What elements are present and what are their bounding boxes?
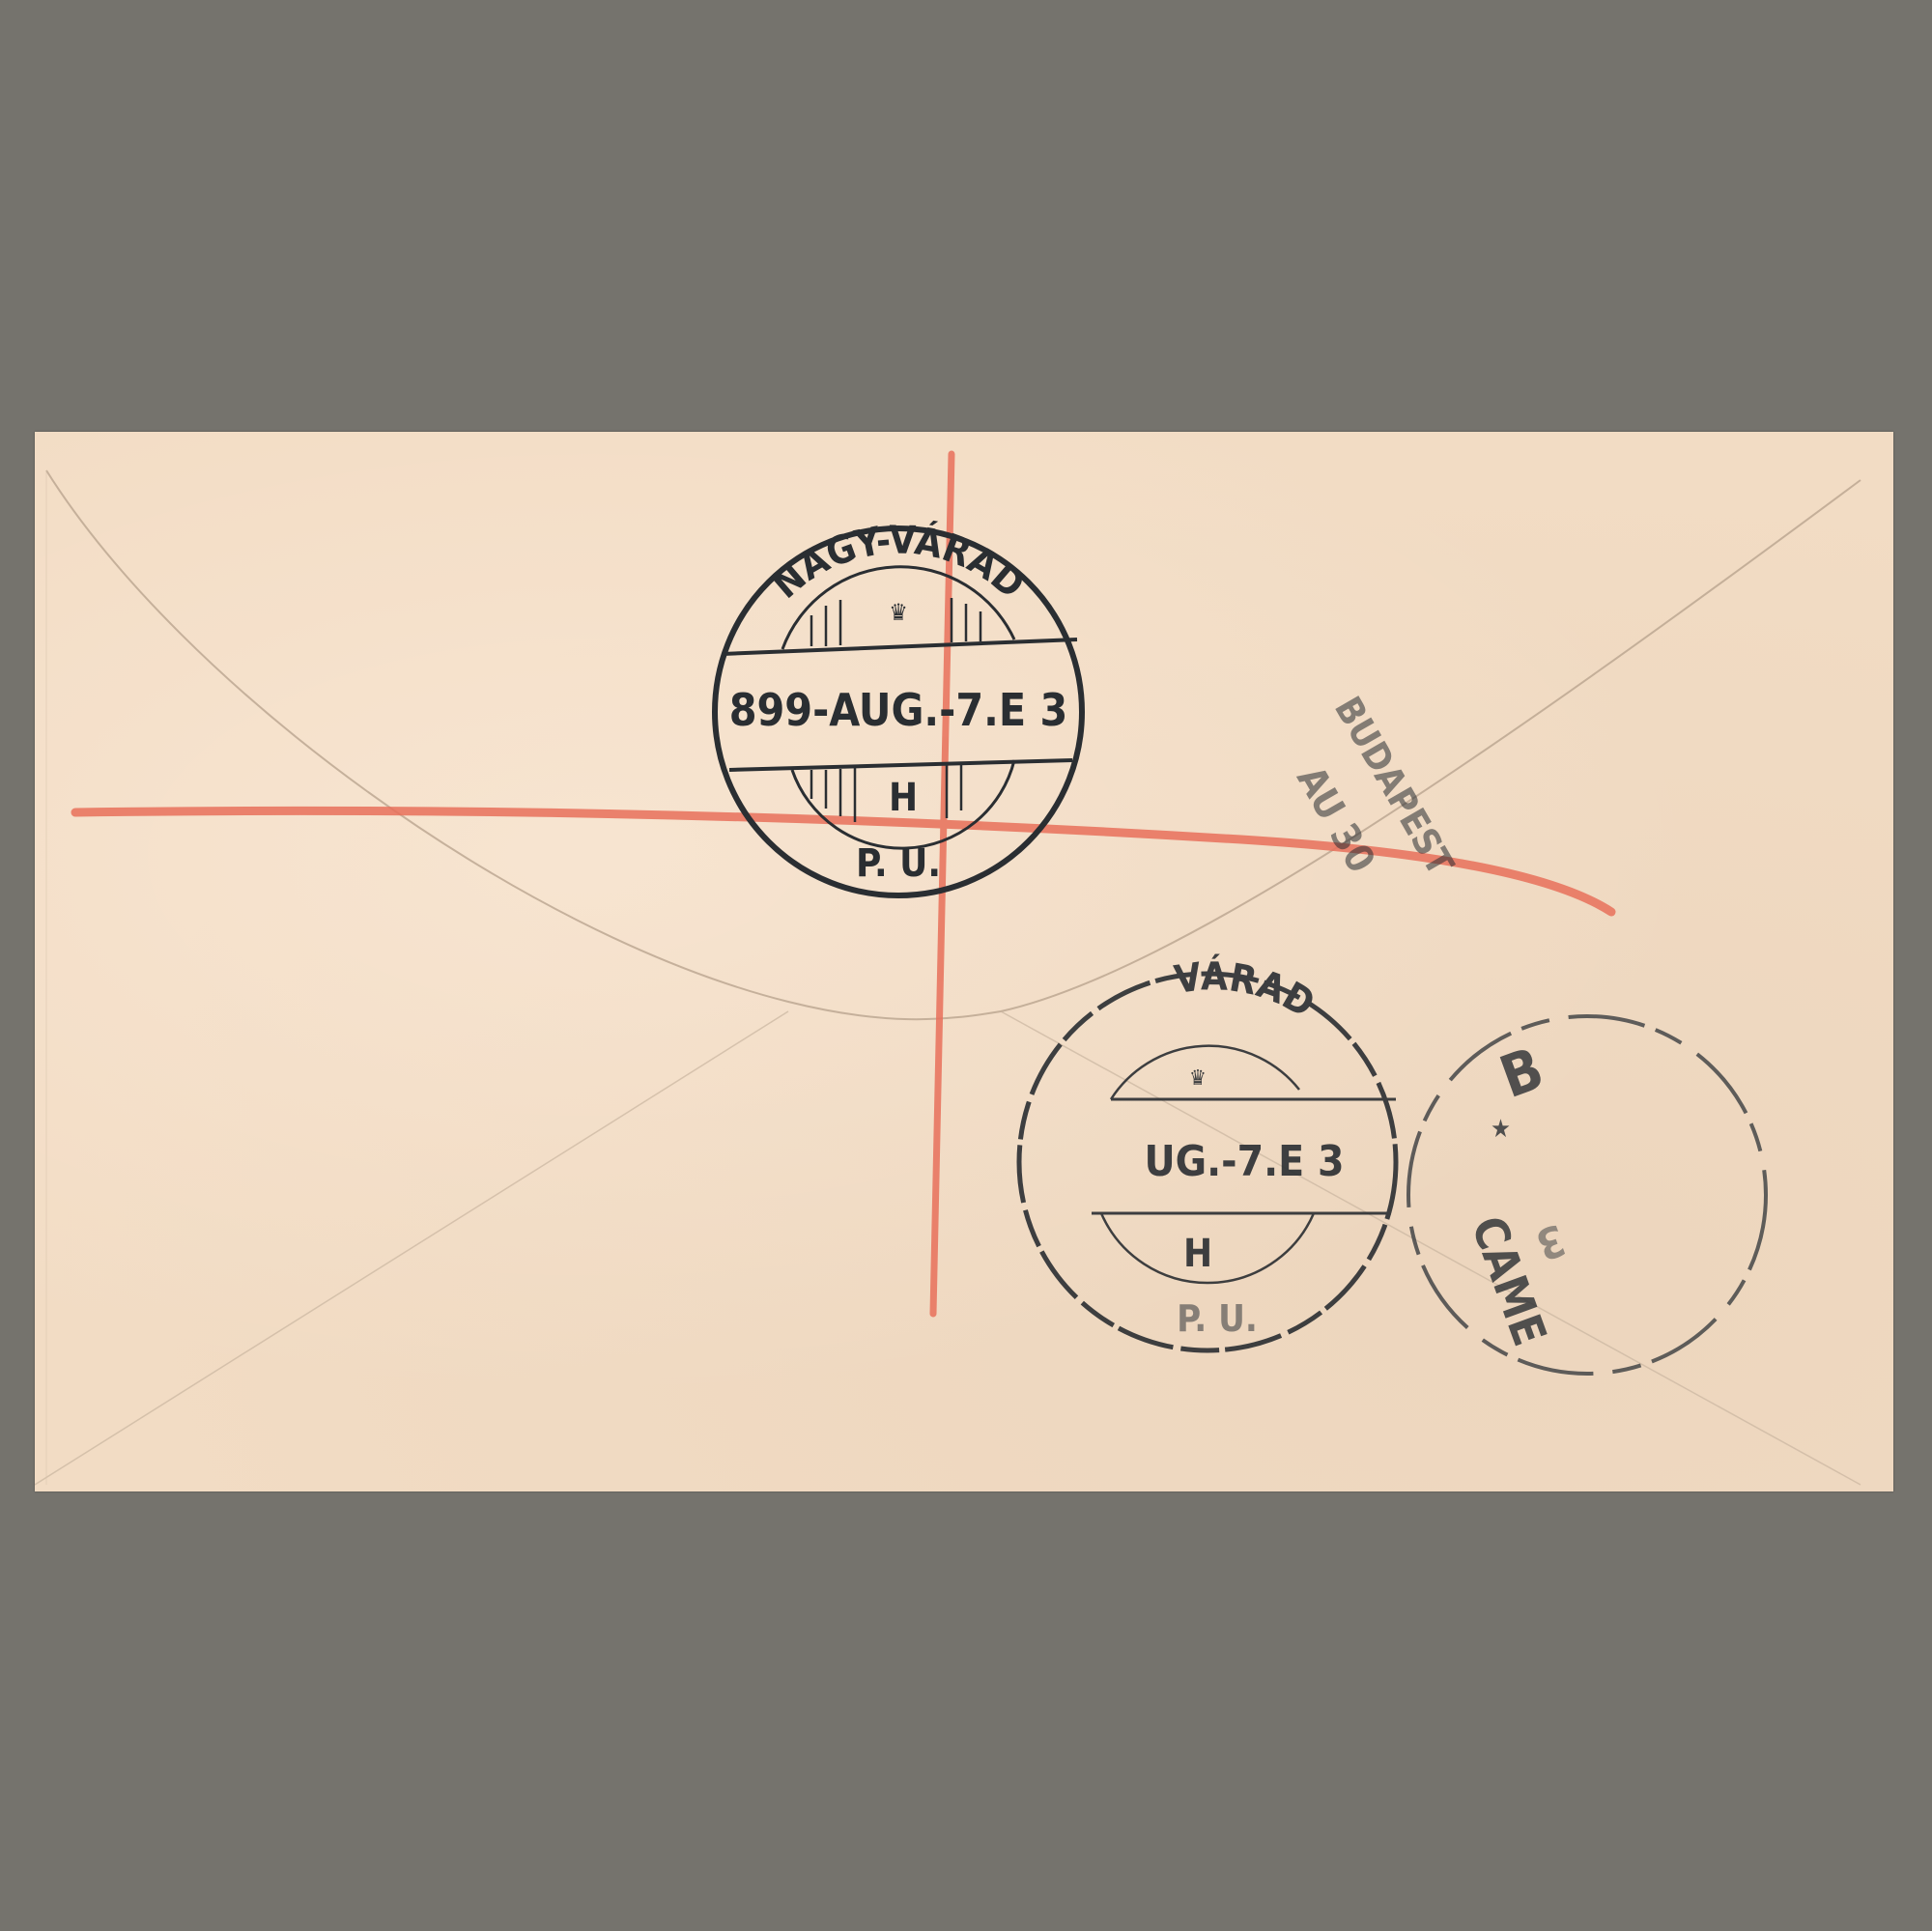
postmark-letter: H — [1183, 1232, 1212, 1276]
postmark-date: UG.-7.E 3 — [1144, 1137, 1344, 1186]
postmark-date: 899-AUG.-7.E 3 — [729, 684, 1068, 736]
postmark-top-fragment: B — [1492, 1035, 1552, 1112]
svg-text:★: ★ — [1491, 1115, 1511, 1144]
registration-cross — [75, 454, 1611, 1314]
postmark-date-fragment: 3 — [1529, 1214, 1571, 1269]
postmark-nagy-varad-2: ♛ VÁRAD UG.-7.E 3 H P. U. — [1019, 952, 1396, 1350]
markings-layer: ♛ NAGY-VÁRAD 899-AUG.-7.E 3 H P. U. ♛ VÁ… — [0, 0, 1932, 1931]
svg-text:NAGY-VÁRAD: NAGY-VÁRAD — [764, 517, 1034, 607]
postmark-transit-partial: BUDAPEST AU 30 — [1266, 690, 1462, 918]
postmark-town: VÁRAD — [1172, 952, 1322, 1026]
postmark-bottom: P. U. — [856, 841, 941, 886]
svg-text:♛: ♛ — [1189, 1066, 1207, 1091]
postmark-arrival-partial: B ★ CAME 3 — [1408, 1016, 1766, 1374]
postmark-bottom: P. U. — [1177, 1297, 1258, 1340]
svg-text:VÁRAD: VÁRAD — [1172, 952, 1322, 1026]
crown-emblem: ♛ — [889, 599, 907, 626]
postmark-town: NAGY-VÁRAD — [764, 517, 1034, 607]
postmark-letter: H — [889, 776, 918, 820]
postmark-nagy-varad-1: ♛ NAGY-VÁRAD 899-AUG.-7.E 3 H P. U. — [715, 517, 1082, 895]
